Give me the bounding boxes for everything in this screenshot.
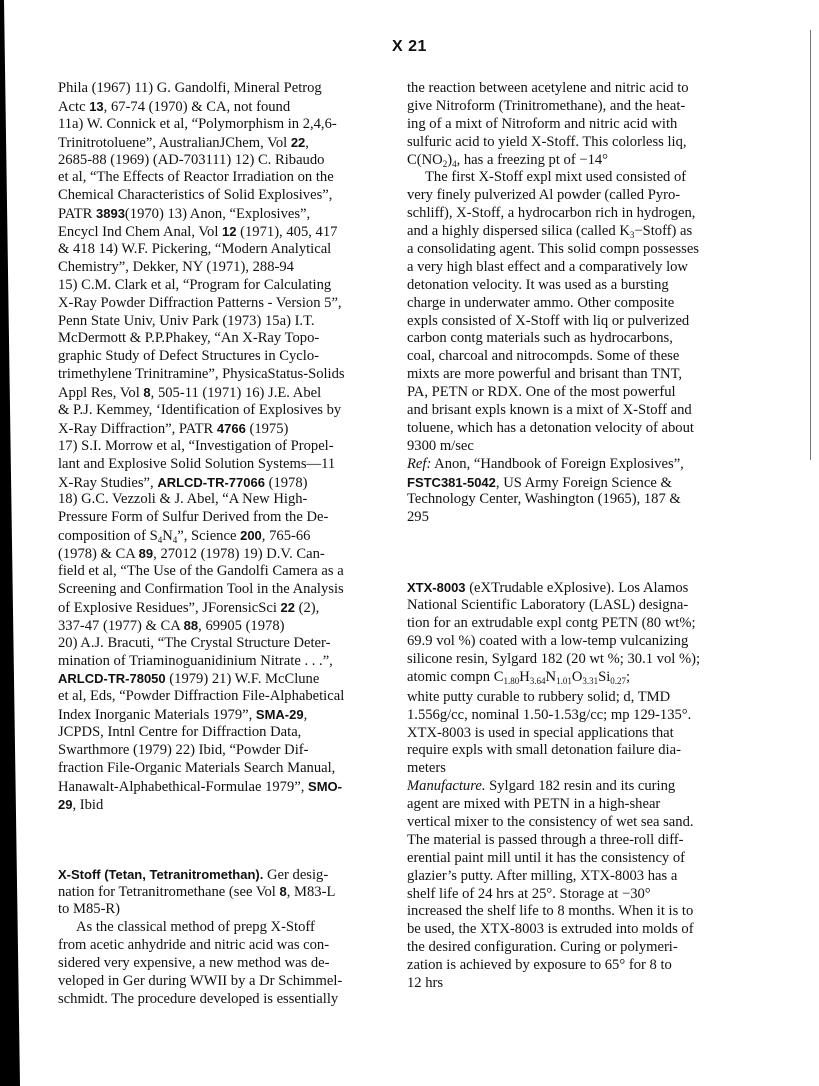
ref-line: McDermott & P.P.Phakey, “An X-Ray Topo- — [58, 330, 403, 348]
page-number: X 21 — [0, 38, 819, 56]
entry-line: 1.556g/cc, nominal 1.50-1.53g/cc; mp 129… — [407, 707, 752, 725]
ref-line: trimethylene Trinitramine”, PhysicaStatu… — [58, 366, 403, 384]
formula-line: C(NO2)4, has a freezing pt of −14° — [407, 152, 752, 170]
body-line: very finely pulverized Al powder (called… — [407, 187, 752, 205]
ref-line: 2685-88 (1969) (AD-703111) 12) C. Ribaud… — [58, 152, 403, 170]
ref-line: FSTC381-5042, US Army Foreign Science & — [407, 474, 752, 492]
ref-line: mination of Triaminoguanidinium Nitrate … — [58, 653, 403, 671]
formula-line: atomic compn C1.80H3.64N1.01O3.31Si0.27; — [407, 669, 752, 689]
entry-line: shelf life of 24 hrs at 25°. Storage at … — [407, 886, 752, 904]
entry-heading: X-Stoff (Tetan, Tetranitromethan). — [58, 867, 263, 882]
body-line: 9300 m/sec — [407, 438, 752, 456]
ref-line: of Explosive Residues”, JForensicSci 22 … — [58, 599, 403, 617]
body-line: schliff), X-Stoff, a hydrocarbon rich in… — [407, 205, 752, 223]
ref-line: 20) A.J. Bracuti, “The Crystal Structure… — [58, 635, 403, 653]
entry-line: increased the shelf life to 8 months. Wh… — [407, 903, 752, 921]
ref-line: graphic Study of Defect Structures in Cy… — [58, 348, 403, 366]
ref-line: X-Ray Studies”, ARLCD-TR-77066 (1978) — [58, 474, 403, 492]
body-line: and brisant expls known is a mixt of X-S… — [407, 402, 752, 420]
body-line: mixts are more powerful and brisant than… — [407, 366, 752, 384]
ref-line: Pressure Form of Sulfur Derived from the… — [58, 509, 403, 527]
ref-line: field et al, “The Use of the Gandolfi Ca… — [58, 563, 403, 581]
ref-line: 18) G.C. Vezzoli & J. Abel, “A New High- — [58, 491, 403, 509]
body-line: the reaction between acetylene and nitri… — [407, 80, 752, 98]
xstoff-reference: Ref: Anon, “Handbook of Foreign Explosiv… — [407, 456, 752, 528]
ref-line: Trinitrotoluene”, AustralianJChem, Vol 2… — [58, 134, 403, 152]
ref-line: Hanawalt-Alphabethical-Formulae 1979”, S… — [58, 778, 403, 796]
entry-line: Manufacture. Sylgard 182 resin and its c… — [407, 778, 752, 796]
entry-line: vertical mixer to the consistency of wet… — [407, 814, 752, 832]
body-line: a consolidating agent. This solid compn … — [407, 241, 752, 259]
ref-line: & 418 14) W.F. Pickering, “Modern Analyt… — [58, 241, 403, 259]
ref-line: et al, “The Effects of Reactor Irradiati… — [58, 169, 403, 187]
entry-line: sidered very expensive, a new method was… — [58, 955, 403, 973]
ref-line: Technology Center, Washington (1965), 18… — [407, 491, 752, 509]
body-line: carbon contg materials such as hydrocarb… — [407, 330, 752, 348]
body-line: sulfuric acid to yield X-Stoff. This col… — [407, 134, 752, 152]
xtx-8003-entry: XTX-8003 (eXTrudable eXplosive). Los Ala… — [407, 579, 752, 993]
entry-line: schmidt. The procedure developed is esse… — [58, 991, 403, 1009]
entry-line: 12 hrs — [407, 975, 752, 993]
scan-edge-right — [810, 30, 811, 460]
ref-line: Penn State Univ, Univ Park (1973) 15a) I… — [58, 313, 403, 331]
spacer — [407, 527, 752, 579]
ref-line: 11a) W. Connick et al, “Polymorphism in … — [58, 116, 403, 134]
entry-line: 69.9 vol %) coated with a low-temp vulca… — [407, 633, 752, 651]
ref-line: Index Inorganic Materials 1979”, SMA-29, — [58, 706, 403, 724]
ref-line: Ref: Anon, “Handbook of Foreign Explosiv… — [407, 456, 752, 474]
entry-line: XTX-8003 is used in special applications… — [407, 725, 752, 743]
left-column: Phila (1967) 11) G. Gandolfi, Mineral Pe… — [58, 80, 403, 1009]
entry-line: erential paint mill until it has the con… — [407, 850, 752, 868]
ref-line: fraction File-Organic Materials Search M… — [58, 760, 403, 778]
entry-line: silicone resin, Sylgard 182 (20 wt %; 30… — [407, 651, 752, 669]
entry-line: nation for Tetranitromethane (see Vol 8,… — [58, 883, 403, 901]
body-line: ing of a mixt of Nitroform and nitric ac… — [407, 116, 752, 134]
body-line: detonation velocity. It was used as a bu… — [407, 277, 752, 295]
entry-line: veloped in Ger during WWII by a Dr Schim… — [58, 973, 403, 991]
ref-line: JCPDS, Intnl Centre for Diffraction Data… — [58, 724, 403, 742]
entry-line: XTX-8003 (eXTrudable eXplosive). Los Ala… — [407, 579, 752, 597]
ref-line: lant and Explosive Solid Solution System… — [58, 456, 403, 474]
xstoff-entry: X-Stoff (Tetan, Tetranitromethan). Ger d… — [58, 866, 403, 1009]
ref-line: 17) S.I. Morrow et al, “Investigation of… — [58, 438, 403, 456]
entry-line: The material is passed through a three-r… — [407, 832, 752, 850]
entry-line: require expls with small detonation fail… — [407, 742, 752, 760]
entry-line: be used, the XTX-8003 is extruded into m… — [407, 921, 752, 939]
ref-line: Swarthmore (1979) 22) Ibid, “Powder Dif- — [58, 742, 403, 760]
body-line: give Nitroform (Trinitromethane), and th… — [407, 98, 752, 116]
ref-line: X-Ray Powder Diffraction Patterns - Vers… — [58, 295, 403, 313]
ref-line: PATR 3893(1970) 13) Anon, “Explosives”, — [58, 205, 403, 223]
section-label: Manufacture. — [407, 778, 486, 794]
entry-heading: XTX-8003 — [407, 580, 466, 595]
ref-line: Screening and Confirmation Tool in the A… — [58, 581, 403, 599]
body-line: expls consisted of X-Stoff with liq or p… — [407, 313, 752, 331]
entry-line: meters — [407, 760, 752, 778]
ref-line: (1978) & CA 89, 27012 (1978) 19) D.V. Ca… — [58, 545, 403, 563]
ref-line: Actc 13, 67-74 (1970) & CA, not found — [58, 98, 403, 116]
ref-line: composition of S4N4”, Science 200, 765-6… — [58, 527, 403, 545]
references-list: Phila (1967) 11) G. Gandolfi, Mineral Pe… — [58, 80, 403, 814]
entry-line: As the classical method of prepg X-Stoff — [58, 919, 403, 937]
entry-line: from acetic anhydride and nitric acid wa… — [58, 937, 403, 955]
ref-line: Phila (1967) 11) G. Gandolfi, Mineral Pe… — [58, 80, 403, 98]
entry-line: the desired configuration. Curing or pol… — [407, 939, 752, 957]
right-column: the reaction between acetylene and nitri… — [407, 80, 752, 993]
ref-line: 337-47 (1977) & CA 88, 69905 (1978) — [58, 617, 403, 635]
entry-line: agent are mixed with PETN in a high-shea… — [407, 796, 752, 814]
entry-line: zation is achieved by exposure to 65° fo… — [407, 957, 752, 975]
body-line: charge in underwater ammo. Other composi… — [407, 295, 752, 313]
ref-line: 295 — [407, 509, 752, 527]
ref-line: ARLCD-TR-78050 (1979) 21) W.F. McClune — [58, 670, 403, 688]
ref-line: & P.J. Kemmey, ‘Identification of Explos… — [58, 402, 403, 420]
spacer — [58, 814, 403, 866]
ref-line: et al, Eds, “Powder Diffraction File-Alp… — [58, 688, 403, 706]
ref-line: Chemical Characteristics of Solid Explos… — [58, 187, 403, 205]
body-line: coal, charcoal and nitrocompds. Some of … — [407, 348, 752, 366]
ref-line: 29, Ibid — [58, 796, 403, 814]
entry-line: to M85-R) — [58, 901, 403, 919]
body-line: toluene, which has a detonation velocity… — [407, 420, 752, 438]
body-line: a very high blast effect and a comparati… — [407, 259, 752, 277]
ref-line: Encycl Ind Chem Anal, Vol 12 (1971), 405… — [58, 223, 403, 241]
ref-line: 15) C.M. Clark et al, “Program for Calcu… — [58, 277, 403, 295]
entry-line: glazier’s putty. After milling, XTX-8003… — [407, 868, 752, 886]
ref-label: Ref: — [407, 456, 431, 472]
entry-line: X-Stoff (Tetan, Tetranitromethan). Ger d… — [58, 866, 403, 884]
entry-line: National Scientific Laboratory (LASL) de… — [407, 597, 752, 615]
body-line: and a highly dispersed silica (called K3… — [407, 223, 752, 241]
ref-line: X-Ray Diffraction”, PATR 4766 (1975) — [58, 420, 403, 438]
ref-line: Appl Res, Vol 8, 505-11 (1971) 16) J.E. … — [58, 384, 403, 402]
body-line: PA, PETN or RDX. One of the most powerfu… — [407, 384, 752, 402]
entry-line: tion for an extrudable expl contg PETN (… — [407, 615, 752, 633]
entry-line: white putty curable to rubbery solid; d,… — [407, 689, 752, 707]
ref-line: Chemistry”, Dekker, NY (1971), 288-94 — [58, 259, 403, 277]
body-line: The first X-Stoff expl mixt used consist… — [407, 169, 752, 187]
scan-edge-left — [0, 0, 22, 1086]
xstoff-continued: the reaction between acetylene and nitri… — [407, 80, 752, 456]
